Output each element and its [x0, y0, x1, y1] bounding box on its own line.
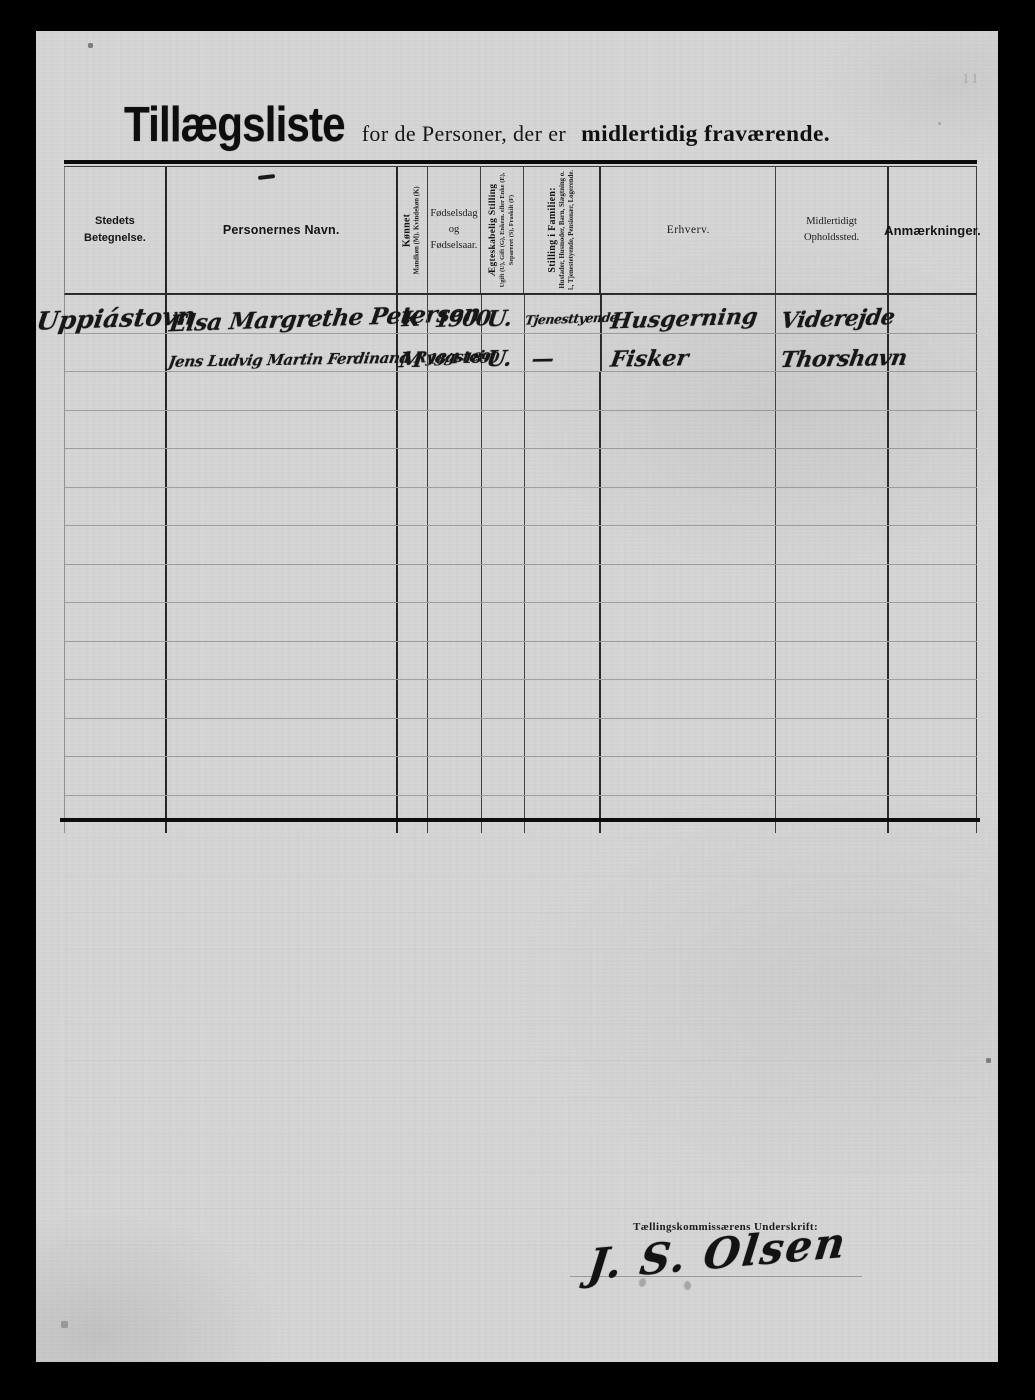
empty-cell — [398, 449, 428, 487]
empty-cell — [482, 603, 525, 641]
empty-cell — [525, 565, 602, 603]
empty-cell — [482, 565, 525, 603]
empty-cell — [601, 680, 776, 718]
header-foedselsdag: Fødselsdag og Fødselsaar. — [428, 167, 482, 293]
empty-cell — [889, 680, 977, 718]
empty-cell — [889, 449, 977, 487]
table-empty-row — [65, 796, 977, 834]
empty-cell — [525, 411, 602, 449]
empty-cell — [889, 719, 977, 757]
table-empty-row — [65, 449, 977, 488]
table-body: Uppiástovn Elsa Margrethe Petersen K 190… — [64, 295, 977, 833]
empty-cell — [65, 757, 167, 795]
empty-cell — [889, 526, 977, 564]
empty-cell — [601, 642, 776, 680]
empty-cell — [167, 757, 398, 795]
empty-cell — [167, 680, 398, 718]
empty-cell — [398, 372, 428, 410]
empty-cell — [482, 642, 525, 680]
cell-residence: Viderejde — [776, 295, 889, 333]
empty-cell — [776, 680, 889, 718]
empty-cell — [167, 603, 398, 641]
empty-cell — [398, 719, 428, 757]
header-erhverv: Erhverv. — [601, 167, 776, 293]
cell-place — [65, 334, 167, 372]
cell-birth: 18/4-1890 — [428, 334, 482, 372]
empty-cell — [601, 796, 776, 834]
scan-background: { "page": { "title_bold": "Tillægsliste"… — [0, 0, 1035, 1400]
header-koennet: Kønnet Mandkøn (M). Kvindekøn (K) — [398, 167, 428, 293]
empty-cell — [167, 526, 398, 564]
empty-cell — [428, 411, 482, 449]
empty-cell — [889, 757, 977, 795]
empty-cell — [65, 565, 167, 603]
empty-cell — [601, 565, 776, 603]
empty-cell — [776, 372, 889, 410]
empty-cell — [428, 757, 482, 795]
empty-cell — [776, 796, 889, 834]
empty-cell — [167, 372, 398, 410]
page-title: Tillægsliste for de Personer, der er mid… — [124, 97, 984, 153]
empty-cell — [482, 719, 525, 757]
table-empty-row — [65, 526, 977, 565]
absentees-table: Stedets Betegnelse. Personernes Navn. Kø… — [64, 167, 977, 833]
empty-cell — [601, 603, 776, 641]
empty-cell — [776, 449, 889, 487]
empty-cell — [525, 680, 602, 718]
table-empty-row — [65, 642, 977, 681]
empty-cell — [398, 680, 428, 718]
empty-cell — [601, 757, 776, 795]
empty-cell — [525, 449, 602, 487]
empty-cell — [776, 526, 889, 564]
empty-cell — [398, 642, 428, 680]
empty-cell — [601, 719, 776, 757]
table-empty-row — [65, 757, 977, 796]
empty-cell — [525, 796, 602, 834]
empty-cell — [601, 411, 776, 449]
empty-cell — [167, 411, 398, 449]
empty-cell — [776, 757, 889, 795]
pencil-page-number: 11 — [962, 71, 980, 88]
table-bottom-rule — [60, 818, 980, 822]
empty-cell — [482, 757, 525, 795]
table-top-rule — [64, 160, 977, 167]
empty-cell — [167, 565, 398, 603]
table-empty-row — [65, 680, 977, 719]
empty-cell — [428, 680, 482, 718]
empty-cell — [428, 372, 482, 410]
empty-cell — [65, 526, 167, 564]
cell-remarks — [889, 334, 977, 372]
empty-cell — [65, 603, 167, 641]
empty-cell — [398, 488, 428, 526]
empty-cell — [776, 488, 889, 526]
cell-residence: Thorshavn — [776, 334, 889, 372]
cell-occupation: Husgerning — [602, 295, 776, 333]
table-row-2: Jens Ludvig Martin Ferdinand Ryggstein M… — [65, 334, 977, 373]
header-anmaerkninger: Anmærkninger. — [889, 167, 977, 293]
header-opholdssted: Midlertidigt Opholdssted. — [776, 167, 889, 293]
empty-cell — [482, 526, 525, 564]
cell-occupation: Fisker — [602, 334, 777, 372]
empty-cell — [889, 642, 977, 680]
empty-cell — [601, 526, 776, 564]
empty-cell — [428, 565, 482, 603]
empty-cell — [65, 449, 167, 487]
empty-cell — [525, 526, 602, 564]
empty-cell — [398, 757, 428, 795]
empty-cell — [65, 796, 167, 834]
cell-sex: M — [398, 334, 428, 372]
empty-cell — [65, 411, 167, 449]
empty-cell — [776, 603, 889, 641]
empty-cell — [525, 719, 602, 757]
empty-cell — [525, 757, 602, 795]
title-main: Tillægsliste — [124, 97, 345, 153]
empty-cell — [482, 796, 525, 834]
empty-cell — [601, 449, 776, 487]
empty-cell — [428, 719, 482, 757]
table-empty-row — [65, 603, 977, 642]
empty-cell — [601, 488, 776, 526]
cell-place: Uppiástovn — [65, 295, 167, 333]
cell-marital: U. — [482, 295, 525, 333]
empty-cell — [65, 680, 167, 718]
cell-remarks — [889, 295, 977, 333]
empty-cell — [428, 603, 482, 641]
bleed-through-texture — [66, 826, 978, 1246]
empty-cell — [398, 411, 428, 449]
empty-cell — [167, 449, 398, 487]
empty-cell — [776, 642, 889, 680]
empty-cell — [482, 372, 525, 410]
table-empty-row — [65, 488, 977, 527]
empty-cell — [65, 488, 167, 526]
empty-cell — [428, 642, 482, 680]
table-row-1: Uppiástovn Elsa Margrethe Petersen K 190… — [65, 295, 977, 334]
scan-specks — [36, 31, 37, 32]
empty-cell — [398, 796, 428, 834]
empty-cell — [428, 526, 482, 564]
empty-cell — [428, 449, 482, 487]
table-empty-row — [65, 565, 977, 604]
header-stedets-betegnelse: Stedets Betegnelse. — [65, 167, 167, 293]
header-aegteskabelig-stilling: Ægteskabelig Stilling Ugift (U), Gift (G… — [481, 167, 524, 293]
empty-cell — [482, 488, 525, 526]
cell-birth: 1900 — [428, 295, 482, 333]
empty-cell — [889, 411, 977, 449]
empty-cell — [65, 719, 167, 757]
empty-cell — [776, 719, 889, 757]
title-subtitle-bold: midlertidig fraværende. — [581, 121, 830, 148]
cell-name: Elsa Margrethe Petersen — [167, 295, 398, 333]
header-personernes-navn: Personernes Navn. — [167, 167, 398, 293]
empty-cell — [482, 449, 525, 487]
empty-cell — [482, 411, 525, 449]
empty-cell — [167, 796, 398, 834]
empty-cell — [525, 372, 602, 410]
cell-name: Jens Ludvig Martin Ferdinand Ryggstein — [167, 334, 398, 372]
empty-cell — [65, 642, 167, 680]
empty-cell — [525, 488, 602, 526]
table-empty-row — [65, 372, 977, 411]
empty-cell — [889, 603, 977, 641]
empty-cell — [525, 603, 602, 641]
cell-marital: U. — [482, 334, 525, 372]
table-empty-row — [65, 719, 977, 758]
empty-cell — [776, 565, 889, 603]
empty-cell — [601, 372, 776, 410]
empty-cell — [398, 526, 428, 564]
empty-cell — [65, 372, 167, 410]
empty-cell — [889, 372, 977, 410]
cell-sex: K — [398, 295, 428, 333]
empty-cell — [167, 719, 398, 757]
table-header-row: Stedets Betegnelse. Personernes Navn. Kø… — [64, 167, 977, 295]
cell-family-position: Tjenesttyende — [525, 295, 602, 333]
header-stilling-i-familien: Stilling i Familien: Husfader, Husmoder,… — [524, 167, 601, 293]
census-form-sheet: Tillægsliste for de Personer, der er mid… — [36, 31, 998, 1362]
pencil-smudge — [684, 1281, 691, 1290]
empty-cell — [889, 796, 977, 834]
empty-cell — [428, 796, 482, 834]
empty-cell — [398, 603, 428, 641]
empty-cell — [525, 642, 602, 680]
empty-cell — [889, 488, 977, 526]
empty-cell — [428, 488, 482, 526]
empty-cell — [167, 642, 398, 680]
pencil-smudge — [638, 1277, 648, 1288]
empty-cell — [776, 411, 889, 449]
empty-cell — [482, 680, 525, 718]
title-subtitle: for de Personer, der er — [362, 121, 566, 147]
cell-family-position: — — [525, 334, 602, 372]
empty-cell — [167, 488, 398, 526]
table-empty-row — [65, 411, 977, 450]
empty-cell — [398, 565, 428, 603]
empty-cell — [889, 565, 977, 603]
